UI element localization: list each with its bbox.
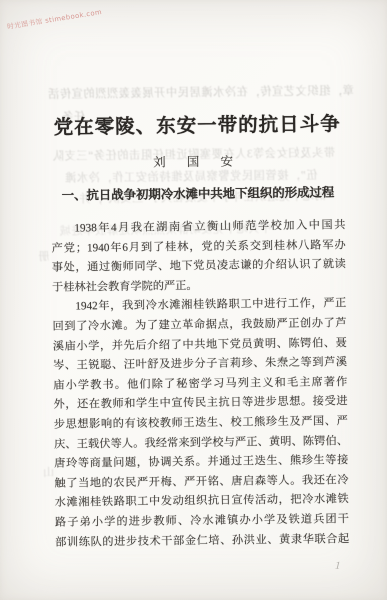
paragraph: 1938年4月我在湖南省立衡山师范学校加入中国共产党；1940年6月到了桂林，党… xyxy=(51,216,346,298)
page-number: 1 xyxy=(335,560,341,572)
article-title: 党在零陵、东安一带的抗日斗争 xyxy=(50,112,344,142)
bleedthrough-margin-mark: 山 xyxy=(43,464,54,480)
text-line: 事处，通过衡师同学、地下党员凌志谦的介绍认识了就读 xyxy=(52,255,346,278)
paragraph: 1942年，我到冷水滩湘桂铁路职工中进行工作，严正回到了冷水滩。为了建立革命据点… xyxy=(52,295,349,553)
text-line: 部训练队的进步技术干部金仁培、孙洪业、黄隶华联合起 xyxy=(55,530,349,553)
article-author: 刘 国 安 xyxy=(50,152,344,172)
printed-content: 党在零陵、东安一带的抗日斗争 刘 国 安 一、抗日战争初期冷水滩中共地下组织的形… xyxy=(50,112,349,553)
bleedthrough-line: 章，组织文艺宣传，在冷水滩居民中开展轰轰烈烈的宣传活 xyxy=(47,82,354,102)
library-watermark: 时光图书馆 stimebook.com xyxy=(6,6,102,31)
article-body: 1938年4月我在湖南省立衡山师范学校加入中国共产党；1940年6月到了桂林，党… xyxy=(51,216,349,553)
scanned-book-page: 时光图书馆 stimebook.com 章，组织文艺宣传，在冷水滩居民中开展轰轰… xyxy=(0,0,387,600)
bleedthrough-margin-mark: 册 xyxy=(38,248,49,264)
section-heading: 一、抗日战争初期冷水滩中共地下组织的形成过程 xyxy=(51,184,345,204)
